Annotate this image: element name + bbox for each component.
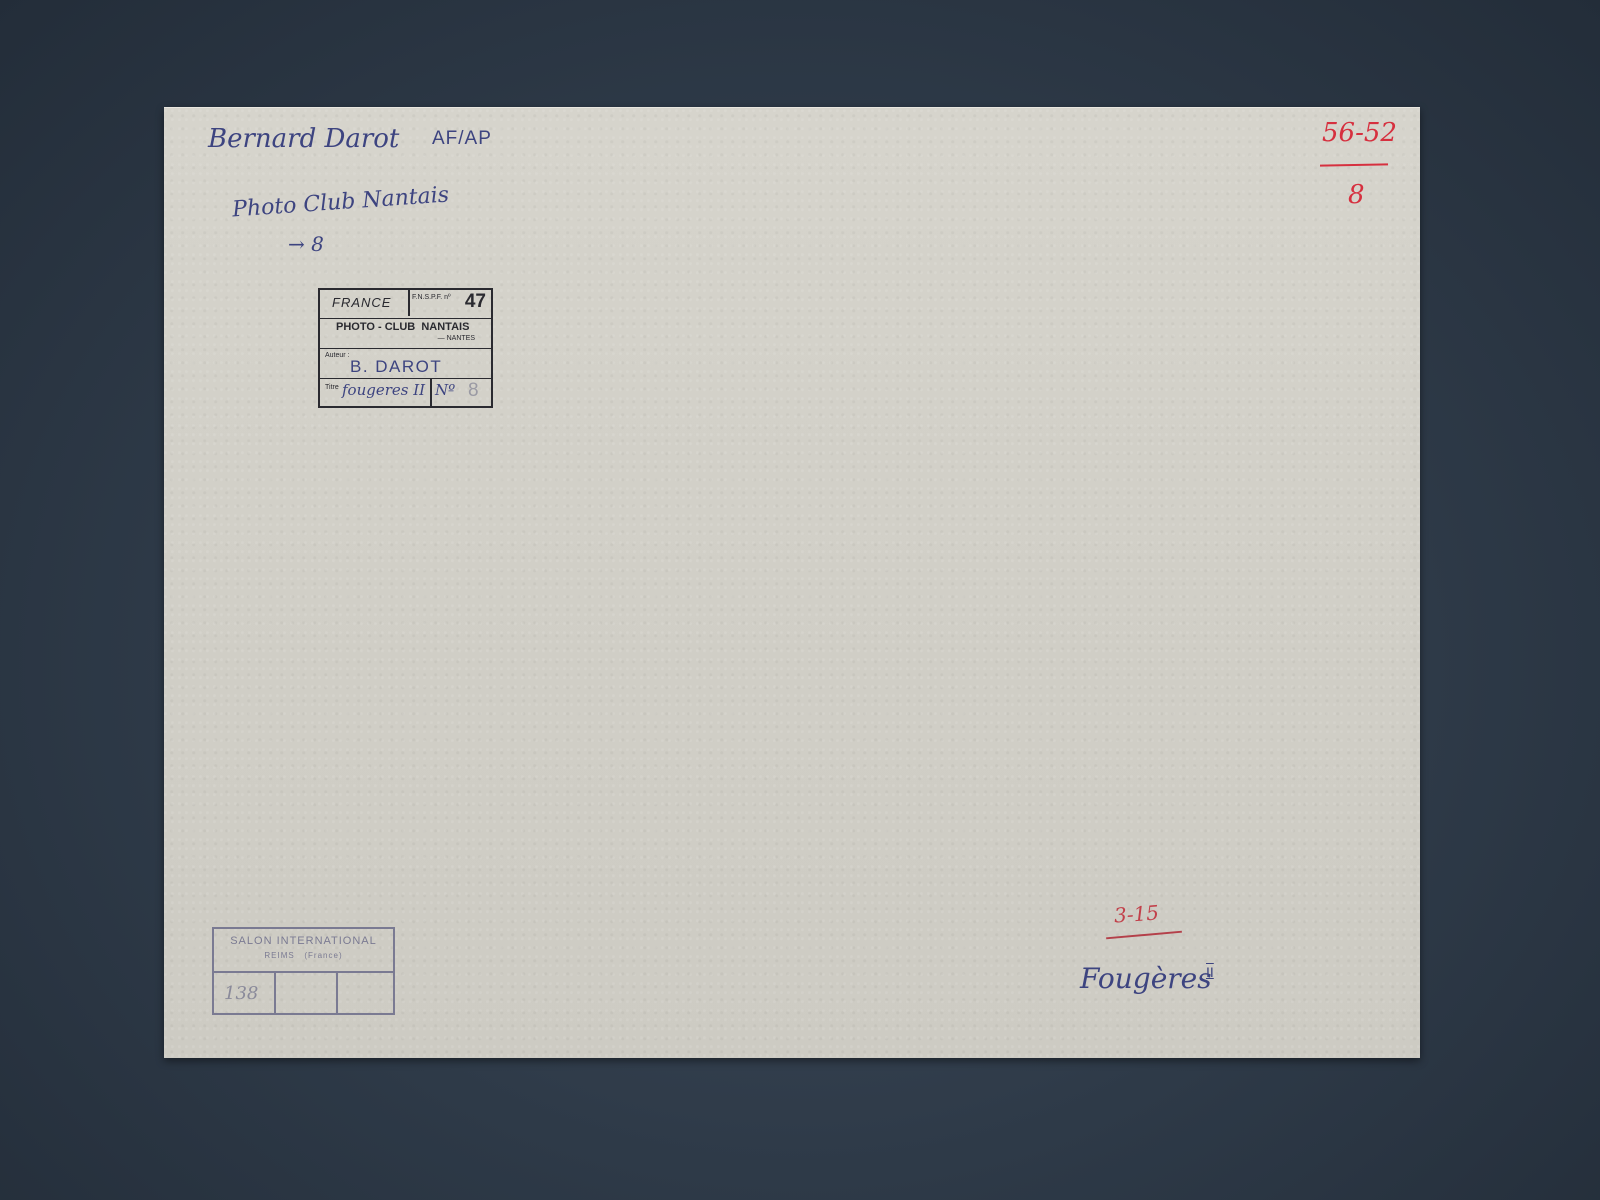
stamp-club-name: PHOTO - CLUB NANTAIS <box>336 321 469 333</box>
photo-title: Fougères <box>1080 962 1212 995</box>
stamp-number-label: Nº <box>435 381 455 399</box>
stamp-author-value: B. DAROT <box>350 357 442 377</box>
salon-cell-3 <box>338 971 393 1015</box>
catalog-number-top: 56-52 <box>1322 118 1397 148</box>
stamp-title-divider <box>430 378 432 406</box>
salon-city: REIMS (France) <box>214 951 393 960</box>
stamp-city: — NANTES <box>438 335 475 342</box>
catalog-number-bottom: 8 <box>1348 180 1365 210</box>
stamp-divider <box>408 290 410 316</box>
stamp-country: FRANCE <box>332 295 391 310</box>
stamp-title-value: fougeres II <box>342 381 425 399</box>
stamp-author-label: Auteur : <box>325 352 350 359</box>
stamp-number-value: 8 <box>468 380 479 402</box>
mounting-card <box>164 107 1420 1058</box>
exhibition-number: 3-15 <box>1113 900 1160 927</box>
salon-entry-number: 138 <box>224 983 258 1004</box>
stamp-title-label: Titre <box>325 384 339 391</box>
salon-cell-2 <box>276 971 338 1015</box>
author-distinction: AF/AP <box>432 128 492 150</box>
salon-stamp: SALON INTERNATIONAL REIMS (France) 138 <box>212 927 395 1015</box>
salon-cell-1: 138 <box>214 971 276 1015</box>
author-signature: Bernard Darot <box>208 124 399 154</box>
stamp-federation-number: 47 <box>465 291 486 313</box>
flourish-mark: → 8 <box>288 232 324 256</box>
salon-name: SALON INTERNATIONAL <box>214 935 393 947</box>
stamp-federation: F.N.S.P.F. nº <box>412 294 451 301</box>
photo-title-numeral: II <box>1206 964 1214 980</box>
club-stamp: FRANCE F.N.S.P.F. nº 47 PHOTO - CLUB NAN… <box>318 288 493 408</box>
